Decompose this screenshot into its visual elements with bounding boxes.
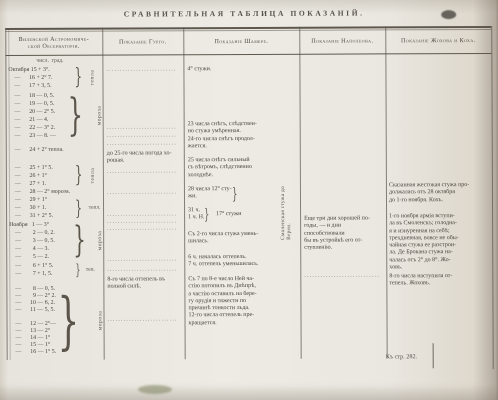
- group-label: тепл.: [89, 205, 101, 211]
- temp-rows: Октября 15 + 3°. — 16 + 2° 7. — 17 + 3, …: [8, 65, 74, 89]
- note-times: 31 ч. 1 ч. Н.: [188, 207, 204, 222]
- header-observatory: Виленской Астрономиче- ской Обсерваторіи…: [5, 32, 102, 54]
- header-gourgaud: Показаніе Гурго.: [102, 31, 183, 53]
- brace-icon: }: [232, 190, 238, 197]
- note-text: 28 числа 12° сту- жи.: [188, 186, 232, 201]
- brace-icon: }: [204, 211, 209, 218]
- page-title: СРАВНИТЕЛЬНАЯ ТАБЛИЦА ПОКАЗАНІЙ.: [29, 8, 459, 19]
- header-chambray: Показаніе Шамбре.: [183, 31, 299, 54]
- temp-group: — 25 + 1° 5. — 26 + 1° — 27 + 1. } тепла: [9, 163, 103, 188]
- brace-icon: }: [73, 220, 86, 261]
- scanned-book-page: СРАВНИТЕЛЬНАЯ ТАБЛИЦА ПОКАЗАНІЙ. Виленск…: [0, 0, 498, 400]
- leader-dots: .......................................: [106, 66, 176, 73]
- leader-dots: .......................................: [107, 189, 177, 196]
- leader-dots: .......................................: [107, 266, 177, 273]
- brace-icon: }: [68, 90, 84, 141]
- weather-note: 4° стужи.: [187, 66, 293, 74]
- column-observatory: числ. град. Октября 15 + 3°. — 16 + 2° 7…: [8, 58, 103, 357]
- weather-note: Съ 2-го числа стужа умень- шилась.: [188, 231, 294, 246]
- leader-dots: .......................................: [108, 316, 178, 323]
- weather-note: Еще три дни хорошей по- годы, — и дни сп…: [304, 215, 382, 252]
- weather-note: 6 ч. началась оттепель. 7 ч. оттепель ум…: [188, 254, 294, 269]
- ink-smudge: [441, 10, 456, 19]
- temp-rows: — 29 + 1° — 30 + 1. — 31 + 2° 5.: [9, 196, 75, 220]
- header-napoleon: Показаніе Наполеона.: [299, 30, 385, 52]
- brace-icon: }: [74, 65, 82, 90]
- leader-dots: .......................................: [107, 256, 177, 263]
- temp-group: Ноября 1 — 3° — 2 — 0, 2. — 3 — 0, 5. — …: [9, 220, 103, 261]
- weather-note: 31 ч. 1 ч. Н. } 17° стужи: [188, 207, 294, 222]
- leader-dots: .......................................: [107, 132, 177, 139]
- temp-rows: — 25 + 1° 5. — 26 + 1° — 27 + 1.: [9, 163, 75, 187]
- temp-group: — 18 — 0, 5. — 19 — 0, 5. — 20 — 2° 5. —…: [9, 90, 103, 141]
- units-label: числ. град.: [8, 58, 102, 64]
- temp-group: — 29 + 1° — 30 + 1. — 31 + 2° 5. } тепл.: [9, 196, 103, 220]
- temp-rows: — 6 + 1° 5. — 7 + 1, 5.: [9, 262, 75, 278]
- temp-rows: — 24 + 2° тепла.: [9, 146, 75, 154]
- temp-rows: — 8 — 0, 5. — 9 — 2° 2. — 10 — 6, 2. — 1…: [9, 285, 57, 355]
- temp-rows: — 28 — 2° мороза.: [9, 188, 75, 196]
- group-label: мороза: [97, 230, 103, 250]
- weather-note: Съ 7 по 8-е число Ней ча- стію потопилъ …: [188, 276, 294, 328]
- temp-group: Октября 15 + 3°. — 16 + 2° 7. — 17 + 3, …: [8, 65, 102, 90]
- table-right-border: [491, 26, 493, 369]
- brace-icon: }: [75, 163, 83, 188]
- leader-dots: .......................................: [107, 124, 177, 131]
- leader-dots: .......................................: [107, 225, 177, 232]
- brace-icon: }: [57, 284, 79, 357]
- group-label: теп.: [86, 267, 95, 273]
- column-divider-2: [183, 27, 185, 359]
- group-label: мороза: [97, 310, 103, 330]
- note-value: 17° стужи: [216, 211, 241, 218]
- page-bottom-shadow: [0, 386, 498, 400]
- weather-note: 8-го числа наступила от- тепель. Жоховъ.: [389, 273, 489, 288]
- temp-rows: Ноября 1 — 3° — 2 — 0, 2. — 3 — 0, 5. — …: [9, 220, 73, 260]
- weather-note: Сказанная жестокая стужа про- должалась …: [389, 182, 489, 204]
- weather-note: 23 числа снѣгъ, слѣдствен- но стужа умѣр…: [188, 121, 294, 151]
- weather-note: 28 числа 12° сту- жи. }: [188, 186, 294, 201]
- temp-group: — 6 + 1° 5. — 7 + 1, 5. } теп.: [9, 261, 103, 279]
- temp-rows: — 18 — 0, 5. — 19 — 0, 5. — 20 — 2° 5. —…: [9, 91, 68, 139]
- group-label: мороза: [97, 105, 103, 125]
- column-divider-4: [385, 26, 387, 358]
- weather-note: 8-го числа оттепель въ полной силѣ.: [107, 276, 179, 291]
- group-label: тепла: [90, 167, 96, 183]
- weather-note: 1-го ноября армія вступи- ла въ Смоленск…: [389, 213, 489, 272]
- header-zhokhov-koch: Показаніе Жохова и Коха.: [385, 30, 491, 52]
- weather-note: 25 числа снѣгъ сильный съ вѣтромъ, слѣдс…: [188, 157, 294, 179]
- group-label: тепла: [89, 69, 95, 85]
- comparative-table: СРАВНИТЕЛЬНАЯ ТАБЛИЦА ПОКАЗАНІЙ. Виленск…: [0, 0, 498, 400]
- temp-group: — 24 + 2° тепла.: [9, 146, 103, 154]
- table-left-border: [5, 28, 7, 360]
- weather-note: до 25-го числа погода хо- рошая.: [107, 150, 179, 165]
- print-artifact-line: [433, 343, 434, 368]
- column-divider-3: [299, 27, 301, 359]
- page-reference: Къ стр. 282.: [386, 353, 417, 360]
- brace-icon: }: [75, 196, 82, 220]
- brace-icon: }: [75, 261, 80, 279]
- temp-group: — 8 — 0, 5. — 9 — 2° 2. — 10 — 6, 2. — 1…: [9, 284, 103, 357]
- leader-dots: .......................................: [304, 272, 380, 279]
- leader-dots: .......................................: [107, 168, 177, 175]
- leader-dots: .......................................: [107, 140, 177, 147]
